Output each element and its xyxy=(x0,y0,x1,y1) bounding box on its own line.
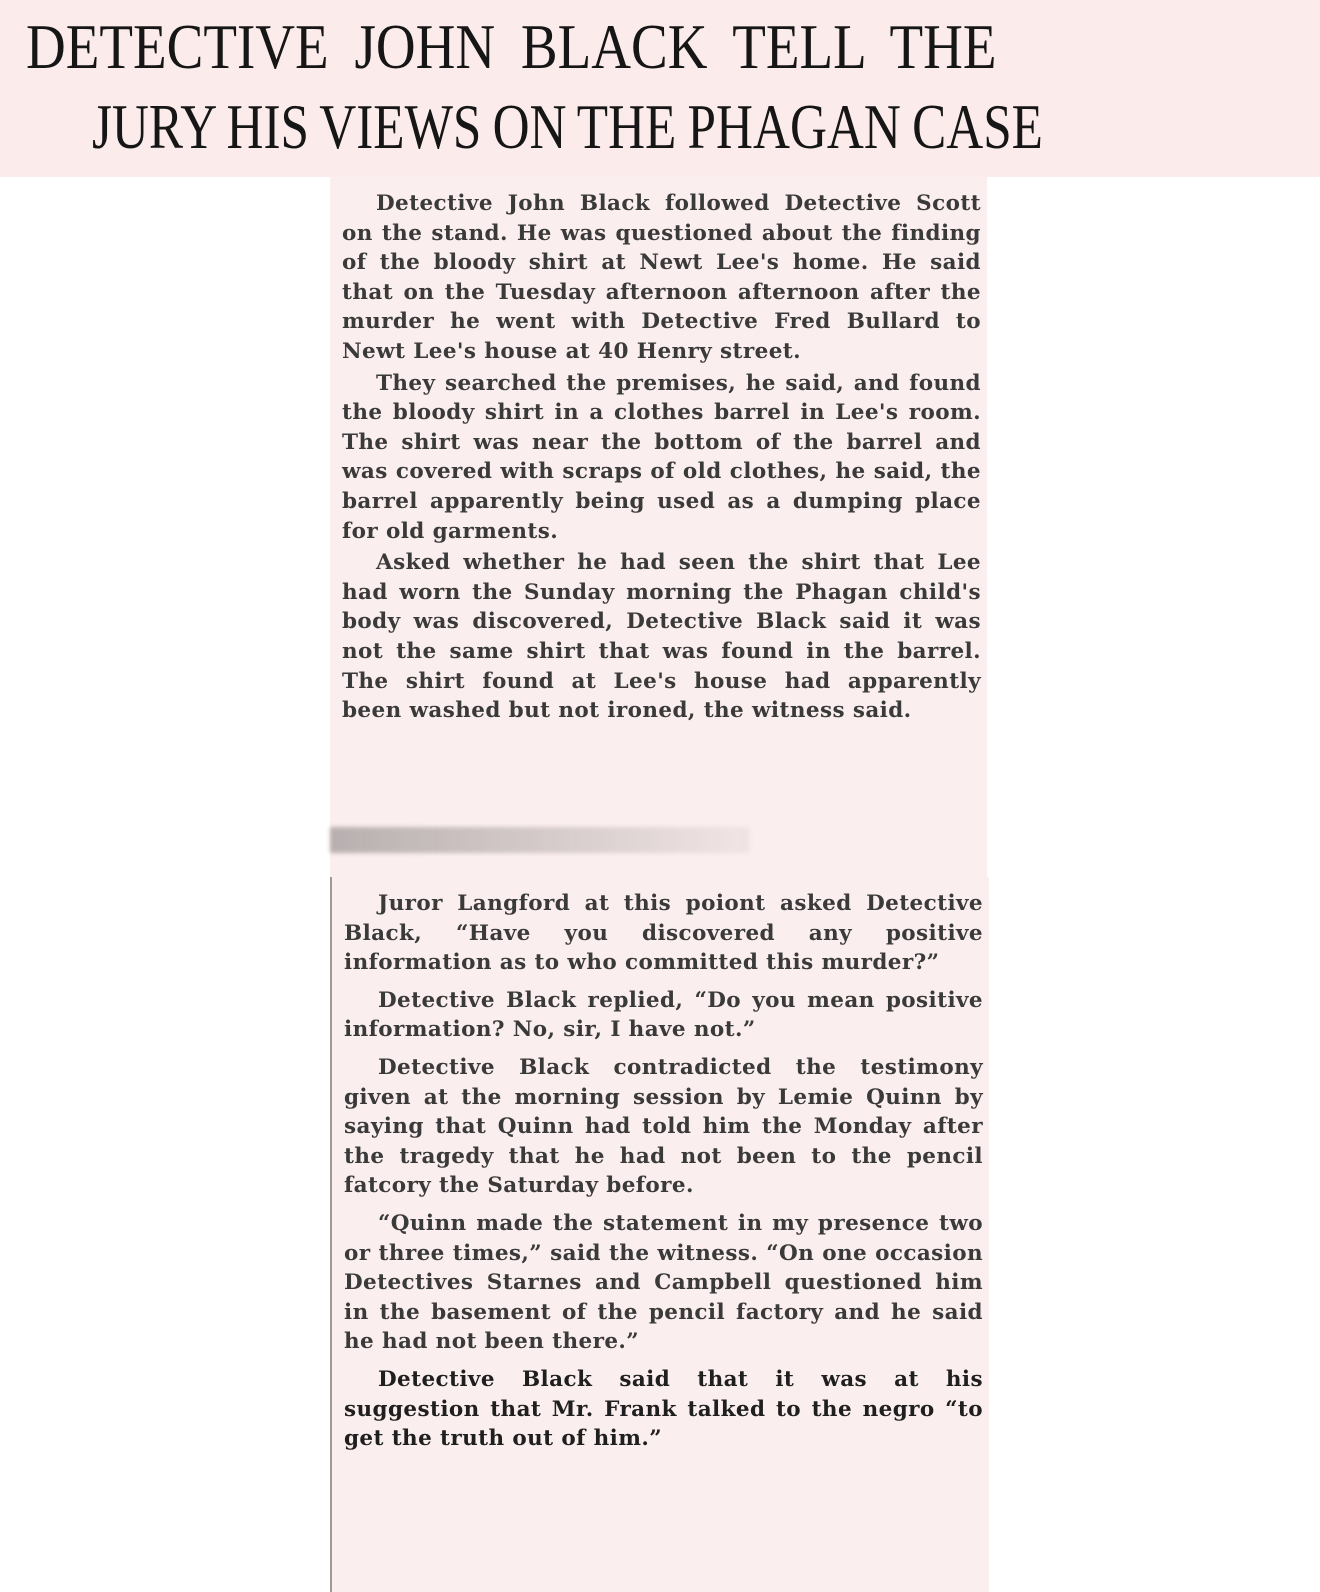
article-column-bottom: Juror Langford at this poiont asked Dete… xyxy=(330,877,989,1592)
paragraph: They searched the premises, he said, and… xyxy=(342,369,981,547)
paragraph: Detective Black contradicted the tes­tim… xyxy=(344,1053,983,1201)
paragraph: “Quinn made the statement in my presence… xyxy=(344,1209,983,1357)
headline-line-2: JURY HIS VIEWS ON THE PHAGAN CASE xyxy=(92,92,1043,162)
headline-line-1: DETECTIVE JOHN BLACK TELL THE xyxy=(26,12,996,82)
headline: DETECTIVE JOHN BLACK TELL THE JURY HIS V… xyxy=(0,0,1320,177)
paragraph: Detective Black said that it was at his … xyxy=(344,1365,983,1454)
paragraph: Detective Black replied, “Do you mean po… xyxy=(344,986,983,1045)
paragraph: Detective John Black followed De­tective… xyxy=(342,189,981,367)
paragraph: Asked whether he had seen the shirt that… xyxy=(342,548,981,726)
article-column-top: Detective John Black followed De­tective… xyxy=(330,177,987,877)
paragraph: Juror Langford at this poiont asked Dete… xyxy=(344,889,983,978)
scan-smudge xyxy=(330,827,750,853)
